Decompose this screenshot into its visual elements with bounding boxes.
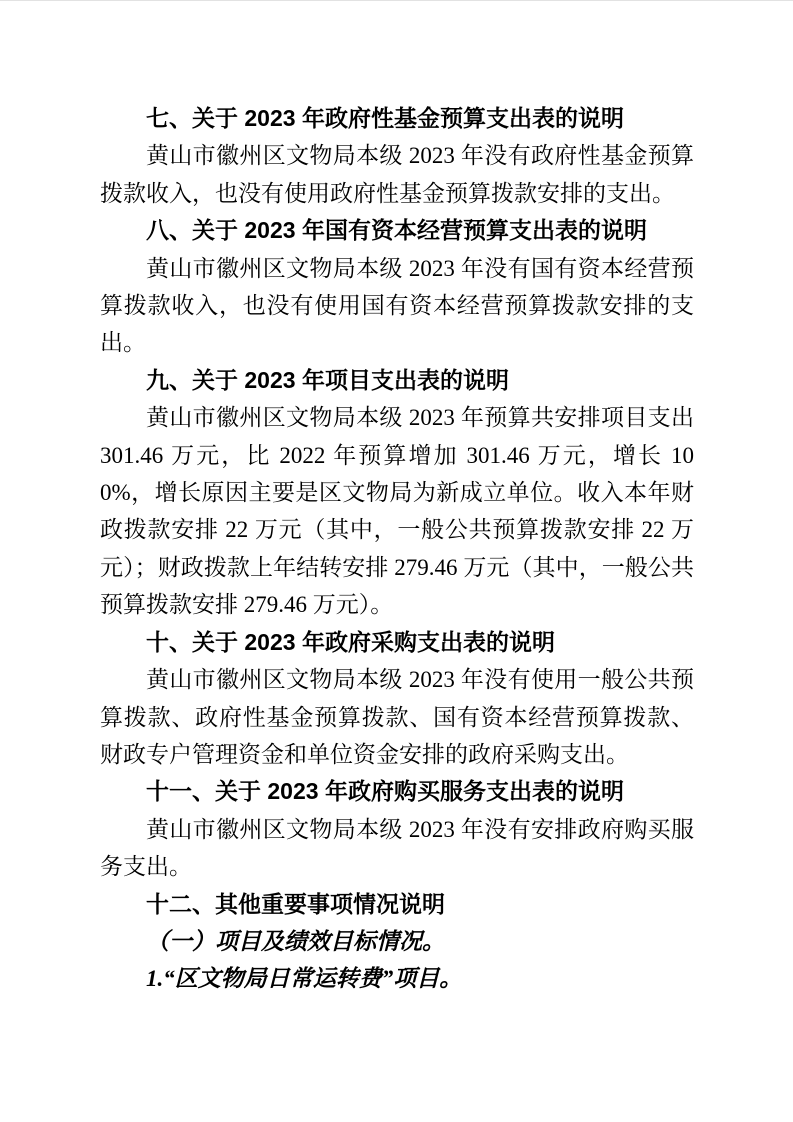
paragraph-text: 黄山市徽州区文物局本级 2023 年没有政府性基金预算拨款收入，也没有使用政府性…	[100, 137, 694, 212]
section-heading: 十一、关于 2023 年政府购买服务支出表的说明	[100, 773, 694, 810]
section-heading: 七、关于 2023 年政府性基金预算支出表的说明	[100, 100, 694, 137]
sub-heading: （一）项目及绩效目标情况。	[100, 923, 694, 960]
document-body: 七、关于 2023 年政府性基金预算支出表的说明黄山市徽州区文物局本级 2023…	[100, 100, 694, 998]
paragraph-text: 黄山市徽州区文物局本级 2023 年预算共安排项目支出 301.46 万元，比 …	[100, 399, 694, 623]
section-heading: 十二、其他重要事项情况说明	[100, 886, 694, 923]
sub-heading: 1.“区文物局日常运转费”项目。	[100, 960, 694, 997]
section-heading: 九、关于 2023 年项目支出表的说明	[100, 362, 694, 399]
section-heading: 八、关于 2023 年国有资本经营预算支出表的说明	[100, 212, 694, 249]
paragraph-text: 黄山市徽州区文物局本级 2023 年没有国有资本经营预算拨款收入，也没有使用国有…	[100, 250, 694, 362]
document-page: 七、关于 2023 年政府性基金预算支出表的说明黄山市徽州区文物局本级 2023…	[0, 0, 793, 1122]
section-heading: 十、关于 2023 年政府采购支出表的说明	[100, 624, 694, 661]
paragraph-text: 黄山市徽州区文物局本级 2023 年没有使用一般公共预算拨款、政府性基金预算拨款…	[100, 661, 694, 773]
paragraph-text: 黄山市徽州区文物局本级 2023 年没有安排政府购买服务支出。	[100, 811, 694, 886]
